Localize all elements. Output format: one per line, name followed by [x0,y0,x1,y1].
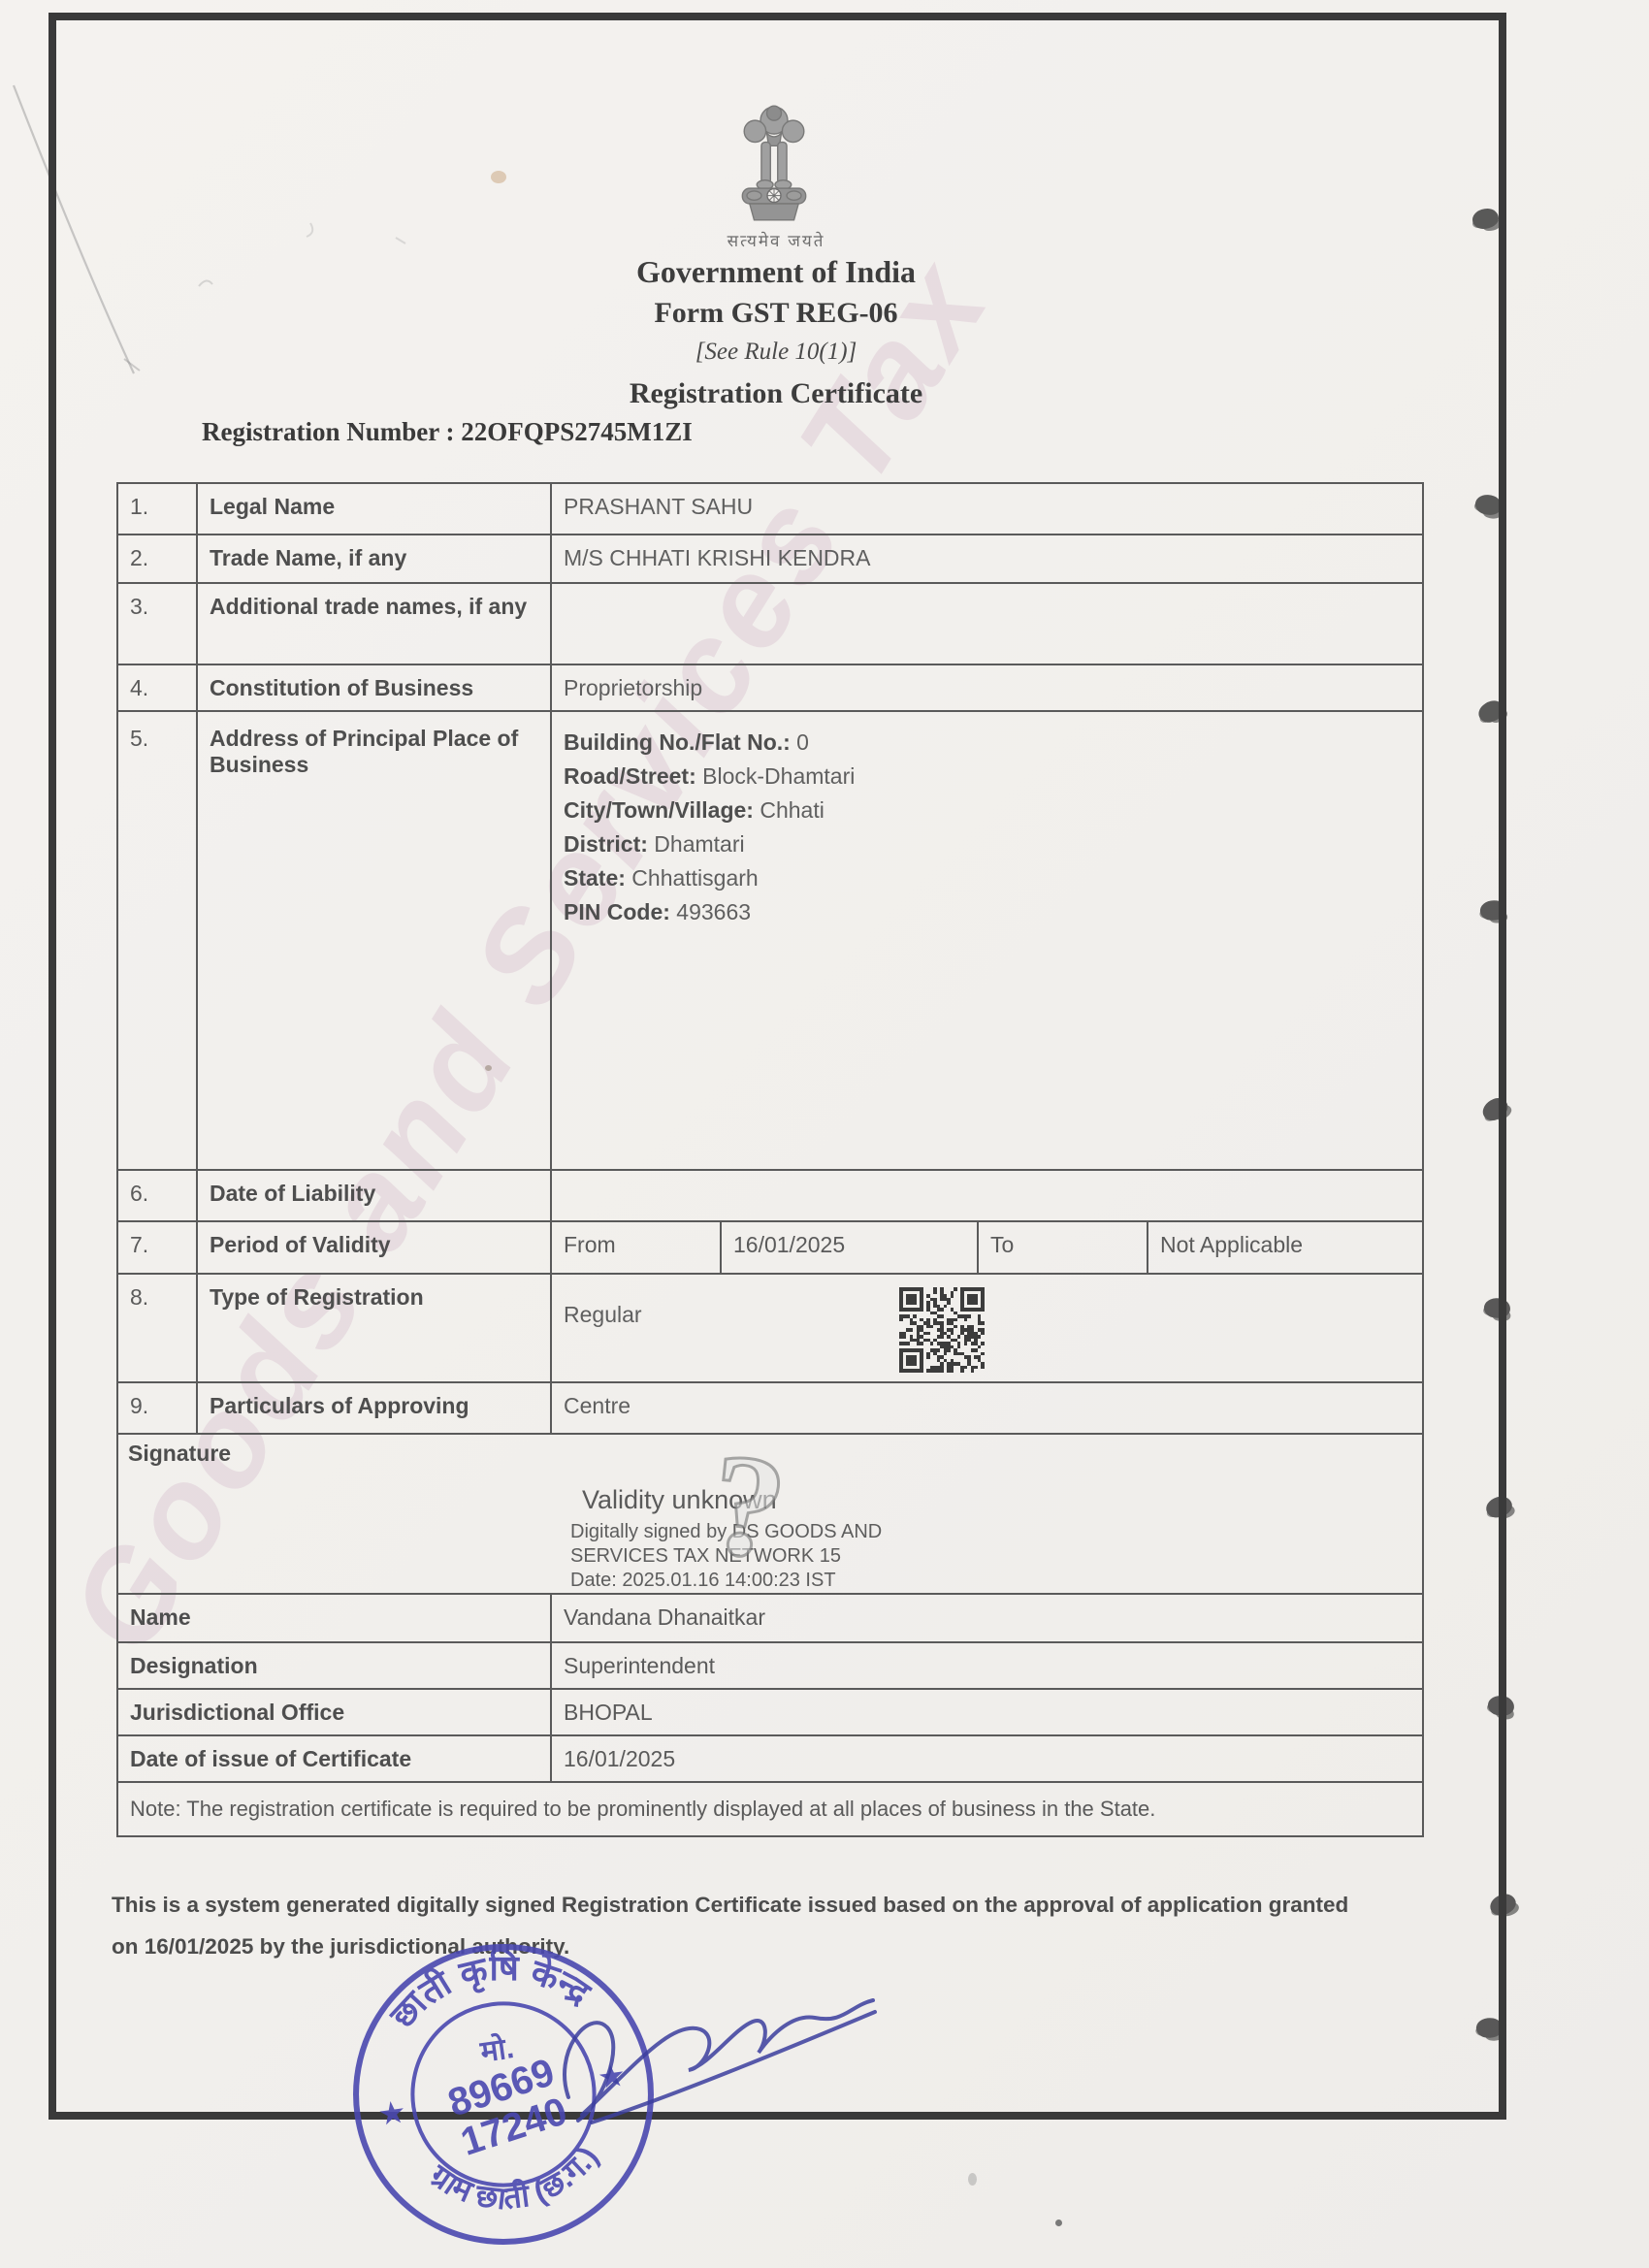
period-from-value: 16/01/2025 [720,1222,977,1273]
row-number: 1. [118,484,196,534]
signature-label: Signature [128,1441,231,1467]
address-line: City/Town/Village: Chhati [564,794,1412,827]
footer-line: This is a system generated digitally sig… [112,1884,1402,1926]
address-value: 493663 [670,899,751,924]
row-value: BHOPAL [550,1690,1422,1734]
row-number: 2. [118,535,196,582]
signature-row: Signature Validity unknown Digitally sig… [118,1433,1422,1593]
row-label: Legal Name [196,484,550,534]
handwritten-signature [524,1960,902,2154]
table-row-additional-trade-names: 3. Additional trade names, if any [118,582,1422,664]
row-label: Trade Name, if any [196,535,550,582]
address-line: State: Chhattisgarh [564,861,1412,895]
period-to-label: To [977,1222,1147,1273]
row-label: Constitution of Business [196,665,550,710]
qr-code [899,1287,983,1371]
title-government-of-india: Government of India [58,254,1494,290]
address-value: 0 [791,729,809,755]
row-label: Jurisdictional Office [118,1690,550,1734]
address-key: Building No./Flat No.: [564,729,791,755]
title-see-rule: [See Rule 10(1)] [58,339,1494,366]
row-label: Date of Liability [196,1171,550,1220]
row-value: Superintendent [550,1643,1422,1688]
paper-speck [968,2173,977,2186]
paper-speck [1055,2219,1062,2226]
certificate-table: 1. Legal Name PRASHANT SAHU 2. Trade Nam… [116,482,1424,1837]
row-number: 6. [118,1171,196,1220]
address-line: District: Dhamtari [564,827,1412,861]
row-number: 9. [118,1383,196,1433]
row-number: 3. [118,584,196,664]
table-row-designation: Designation Superintendent [118,1641,1422,1688]
row-value: Vandana Dhanaitkar [550,1595,1422,1641]
period-from-label: From [550,1222,720,1273]
note-row: Note: The registration certificate is re… [118,1781,1422,1835]
address-key: Road/Street: [564,763,696,789]
row-value [550,584,1422,664]
row-number: 4. [118,665,196,710]
row-number: 5. [118,712,196,1169]
table-row-legal-name: 1. Legal Name PRASHANT SAHU [118,484,1422,534]
address-value: Dhamtari [648,831,745,857]
address-value: Chhati [754,797,824,823]
stamp-star-left: ★ [375,2093,408,2132]
row-number: 7. [118,1222,196,1273]
row-value: M/S CHHATI KRISHI KENDRA [550,535,1422,582]
address-key: District: [564,831,648,857]
address-line: PIN Code: 493663 [564,895,1412,929]
row-value: Regular [564,1302,642,1327]
scanned-certificate-page: Goods and Services Tax [0,0,1649,2268]
row-label: Type of Registration [196,1275,550,1381]
table-row-address: 5. Address of Principal Place of Busines… [118,710,1422,1169]
row-label: Name [118,1595,550,1641]
india-emblem [720,95,828,231]
address-value: Chhattisgarh [626,865,759,891]
title-form-gst-reg06: Form GST REG-06 [58,297,1494,330]
row-label: Address of Principal Place of Business [196,712,550,1169]
row-label: Period of Validity [196,1222,550,1273]
address-key: City/Town/Village: [564,797,754,823]
address-value: Block-Dhamtari [696,763,856,789]
period-to-value: Not Applicable [1147,1222,1422,1273]
row-value-container: Regular [550,1275,1422,1381]
table-row-constitution: 4. Constitution of Business Proprietorsh… [118,664,1422,710]
row-value [550,1171,1422,1220]
row-value: Proprietorship [550,665,1422,710]
address-key: State: [564,865,626,891]
row-label: Particulars of Approving [196,1383,550,1433]
title-registration-certificate: Registration Certificate [58,377,1494,410]
table-row-period-of-validity: 7. Period of Validity From 16/01/2025 To… [118,1220,1422,1273]
row-number: 8. [118,1275,196,1381]
registration-number: Registration Number : 22OFQPS2745M1ZI [202,417,693,447]
table-row-date-of-issue: Date of issue of Certificate 16/01/2025 [118,1734,1422,1781]
address-key: PIN Code: [564,899,670,924]
table-row-date-of-liability: 6. Date of Liability [118,1169,1422,1220]
table-row-jurisdictional-office: Jurisdictional Office BHOPAL [118,1688,1422,1734]
row-value: 16/01/2025 [550,1736,1422,1781]
row-label: Designation [118,1643,550,1688]
emblem-motto: सत्यमेव जयते [679,229,873,251]
row-value: PRASHANT SAHU [550,484,1422,534]
row-label: Additional trade names, if any [196,584,550,664]
row-label: Date of issue of Certificate [118,1736,550,1781]
table-row-name: Name Vandana Dhanaitkar [118,1593,1422,1641]
footer-statement: This is a system generated digitally sig… [112,1884,1402,1967]
address-line: Building No./Flat No.: 0 [564,726,1412,760]
table-row-trade-name: 2. Trade Name, if any M/S CHHATI KRISHI … [118,534,1422,582]
row-value: Centre [550,1383,1422,1433]
table-row-type-of-registration: 8. Type of Registration Regular [118,1273,1422,1381]
address-block: Building No./Flat No.: 0 Road/Street: Bl… [550,712,1422,1169]
address-line: Road/Street: Block-Dhamtari [564,760,1412,794]
